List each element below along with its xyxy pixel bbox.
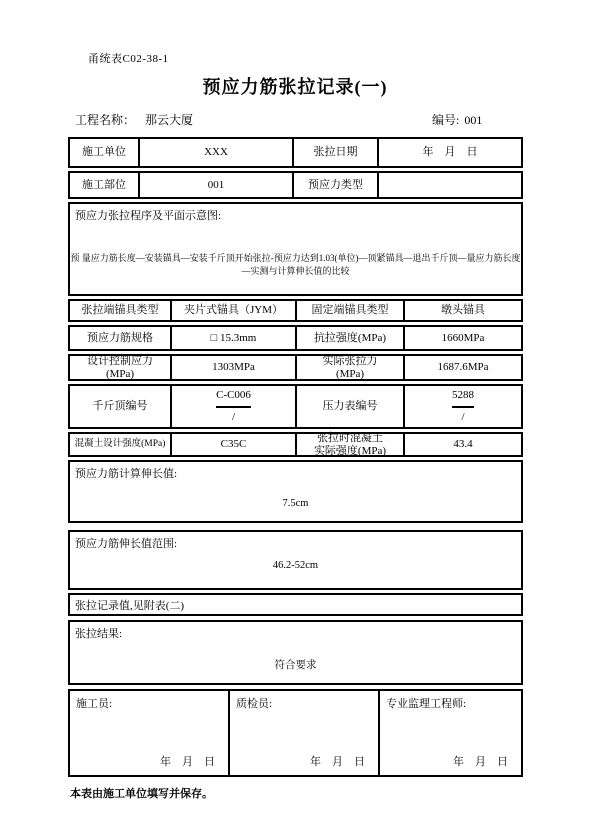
footer-note: 本表由施工单位填写并保存。 xyxy=(70,785,590,801)
table-row: 施工单位 XXX 张拉日期 年 月 日 xyxy=(68,137,523,168)
tendon-spec-label: 预应力筋规格 xyxy=(70,327,170,349)
calculated-elongation-section: 预应力筋计算伸长值: 7.5cm xyxy=(68,460,523,523)
number-value: 001 xyxy=(464,113,482,127)
quality-inspector-label: 质检员: xyxy=(236,695,272,711)
procedure-text: 预 量应力筋长度—安装锚具—安装千斤顶开始张拉-预应力达到1.03(单位)—顶紧… xyxy=(70,252,521,277)
pressure-gauge-value-2: / xyxy=(461,408,464,428)
tension-result-label: 张拉结果: xyxy=(75,625,122,641)
concrete-design-strength-value: C35C xyxy=(170,434,295,455)
calculated-elongation-value: 7.5cm xyxy=(70,498,521,509)
project-name-value: 那云大厦 xyxy=(145,113,193,127)
tension-result-section: 张拉结果: 符合要求 xyxy=(68,620,523,685)
elongation-range-label: 预应力筋伸长值范围: xyxy=(75,535,177,551)
design-control-stress-label: 设计控制应力 (MPa) xyxy=(70,356,170,379)
page-title: 预应力筋张拉记录(一) xyxy=(0,73,590,99)
constructor-label: 施工员: xyxy=(76,695,112,711)
form-code: 甬统表C02-38-1 xyxy=(88,50,590,66)
document-number: 编号:001 xyxy=(432,111,482,128)
record-note-text: 张拉记录值,见附表(二) xyxy=(75,597,184,613)
prestress-type-value xyxy=(377,173,521,197)
table-row: 施工部位 001 预应力类型 xyxy=(68,171,523,199)
table-row: 混凝土设计强度(MPa) C35C 张拉时混凝土 实际强度(MPa) 43.4 xyxy=(68,432,523,457)
tendon-spec-value: □ 15.3mm xyxy=(170,327,295,349)
procedure-label: 预应力张拉程序及平面示意图: xyxy=(75,207,221,223)
elongation-range-section: 预应力筋伸长值范围: 46.2-52cm xyxy=(68,530,523,590)
calculated-elongation-label: 预应力筋计算伸长值: xyxy=(75,465,177,481)
quality-inspector-signature-cell: 质检员: 年 月 日 xyxy=(228,691,378,775)
meta-line: 工程名称：那云大厦 编号:001 xyxy=(75,111,523,127)
supervising-engineer-label: 专业监理工程师: xyxy=(386,695,466,711)
fixed-anchor-type-value: 墩头锚具 xyxy=(403,301,521,320)
jack-number-value-2: / xyxy=(232,408,235,428)
record-note-row: 张拉记录值,见附表(二) xyxy=(68,593,523,616)
tensile-strength-value: 1660MPa xyxy=(403,327,521,349)
fixed-anchor-type-label: 固定端锚具类型 xyxy=(295,301,403,320)
document-page: 甬统表C02-38-1 预应力筋张拉记录(一) 工程名称：那云大厦 编号:001… xyxy=(0,0,590,835)
table-row: 千斤顶编号 C-C006 / 压力表编号 5288 / xyxy=(68,384,523,429)
constructor-signature-cell: 施工员: 年 月 日 xyxy=(70,691,228,775)
signature-block: 施工员: 年 月 日 质检员: 年 月 日 专业监理工程师: 年 月 日 xyxy=(68,689,523,777)
procedure-section: 预应力张拉程序及平面示意图: 预 量应力筋长度—安装锚具—安装千斤顶开始张拉-预… xyxy=(68,202,523,296)
table-row: 张拉端锚具类型 夹片式锚具（JYM） 固定端锚具类型 墩头锚具 xyxy=(68,299,523,322)
concrete-actual-strength-value: 43.4 xyxy=(403,434,521,455)
tension-anchor-type-label: 张拉端锚具类型 xyxy=(70,301,170,320)
number-label: 编号: xyxy=(432,113,459,127)
tensile-strength-label: 抗拉强度(MPa) xyxy=(295,327,403,349)
construction-unit-value: XXX xyxy=(138,139,292,166)
actual-tension-force-label: 实际张拉力 (MPa) xyxy=(295,356,403,379)
pressure-gauge-number-label: 压力表编号 xyxy=(295,386,403,427)
supervising-engineer-date: 年 月 日 xyxy=(453,753,508,769)
construction-part-value: 001 xyxy=(138,173,292,197)
tension-date-label: 张拉日期 xyxy=(292,139,377,166)
table-row: 设计控制应力 (MPa) 1303MPa 实际张拉力 (MPa) 1687.6M… xyxy=(68,354,523,381)
jack-number-label: 千斤顶编号 xyxy=(70,386,170,427)
project-name-label: 工程名称： xyxy=(75,113,135,127)
jack-number-values: C-C006 / xyxy=(170,386,295,427)
construction-unit-label: 施工单位 xyxy=(70,139,138,166)
table-row: 预应力筋规格 □ 15.3mm 抗拉强度(MPa) 1660MPa xyxy=(68,325,523,351)
elongation-range-value: 46.2-52cm xyxy=(70,560,521,571)
prestress-type-label: 预应力类型 xyxy=(292,173,377,197)
constructor-date: 年 月 日 xyxy=(160,753,215,769)
design-control-stress-value: 1303MPa xyxy=(170,356,295,379)
concrete-design-strength-label: 混凝土设计强度(MPa) xyxy=(70,434,170,455)
tension-anchor-type-value: 夹片式锚具（JYM） xyxy=(170,301,295,320)
pressure-gauge-value-1: 5288 xyxy=(452,386,474,408)
tension-result-value: 符合要求 xyxy=(70,657,521,672)
procedure-line-1: 预 量应力筋长度—安装锚具—安装千斤顶开始张拉-预应力达到1.03(单位)—顶紧… xyxy=(70,252,521,265)
procedure-line-2: —实测与计算伸长值的比较 xyxy=(70,265,521,278)
pressure-gauge-number-values: 5288 / xyxy=(403,386,521,427)
quality-inspector-date: 年 月 日 xyxy=(310,753,365,769)
supervising-engineer-signature-cell: 专业监理工程师: 年 月 日 xyxy=(378,691,521,775)
concrete-actual-strength-label: 张拉时混凝土 实际强度(MPa) xyxy=(295,434,403,455)
actual-tension-force-value: 1687.6MPa xyxy=(403,356,521,379)
construction-part-label: 施工部位 xyxy=(70,173,138,197)
jack-number-value-1: C-C006 xyxy=(216,386,251,408)
tension-date-value: 年 月 日 xyxy=(377,139,521,166)
